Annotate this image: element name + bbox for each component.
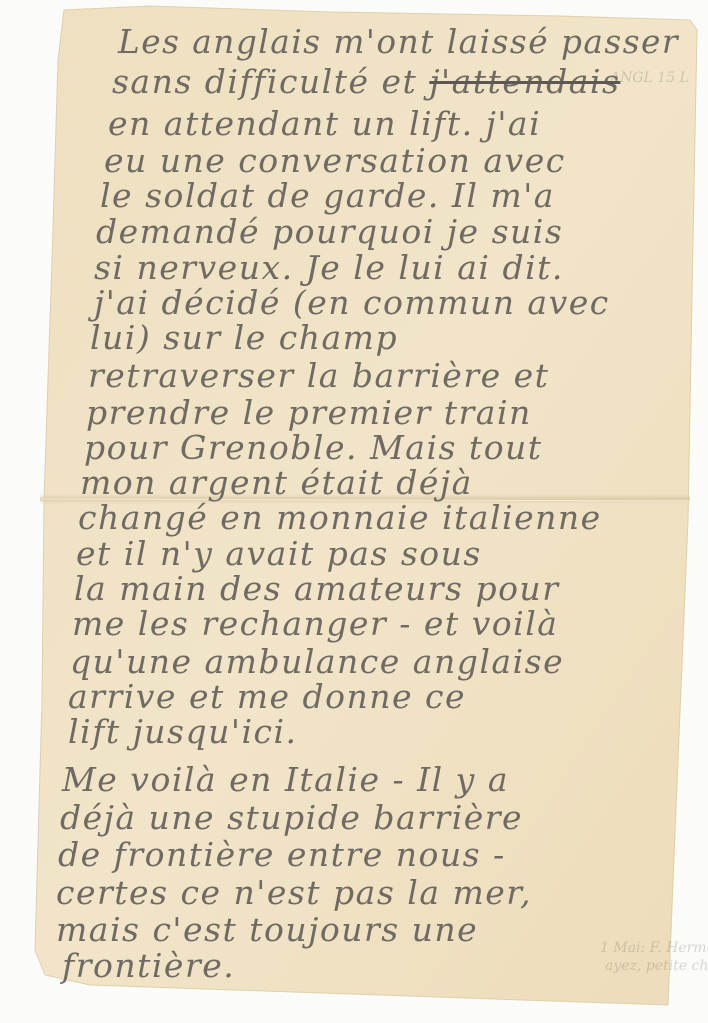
text-segment: sans difficulté et xyxy=(112,62,429,101)
text-line: certes ce n'est pas la mer, xyxy=(56,873,532,913)
text-line: retraverser la barrière et xyxy=(88,356,549,396)
text-line: lui) sur le champ xyxy=(90,318,398,358)
text-line: qu'une ambulance anglaise xyxy=(70,642,564,682)
text-line: j'ai décidé (en commun avec xyxy=(94,283,610,323)
text-line: mon argent était déjà xyxy=(80,463,473,503)
text-line: eu une conversation avec xyxy=(104,141,566,181)
text-line: lift jusqu'ici. xyxy=(68,712,298,752)
text-line: sans difficulté et j'attendais xyxy=(112,62,620,102)
struck-word: j'attendais xyxy=(429,62,620,101)
scanned-page: ANGL 15 L 1 Mai: F. Hermes ayez, petite … xyxy=(0,0,708,1023)
text-line: prendre le premier train xyxy=(86,393,532,433)
text-line: le soldat de garde. Il m'a xyxy=(100,176,555,216)
handwritten-text: Les anglais m'ont laissé passer sans dif… xyxy=(0,0,708,1023)
text-line: Me voilà en Italie - Il y a xyxy=(62,760,509,800)
text-line: arrive et me donne ce xyxy=(68,677,466,717)
text-line: en attendant un lift. j'ai xyxy=(108,104,541,144)
text-line: frontière. xyxy=(62,946,235,986)
text-line: de frontière entre nous - xyxy=(58,835,506,875)
text-line: déjà une stupide barrière xyxy=(60,798,523,838)
text-line: si nerveux. Je le lui ai dit. xyxy=(94,248,564,288)
text-line: mais c'est toujours une xyxy=(56,910,478,950)
text-line: pour Grenoble. Mais tout xyxy=(84,428,543,468)
text-line: et il n'y avait pas sous xyxy=(76,534,482,574)
text-line: demandé pourquoi je suis xyxy=(96,212,563,252)
text-line: la main des amateurs pour xyxy=(74,569,559,609)
text-line: changé en monnaie italienne xyxy=(78,498,602,538)
text-line: Les anglais m'ont laissé passer xyxy=(118,22,679,62)
text-line: me les rechanger - et voilà xyxy=(72,604,558,644)
